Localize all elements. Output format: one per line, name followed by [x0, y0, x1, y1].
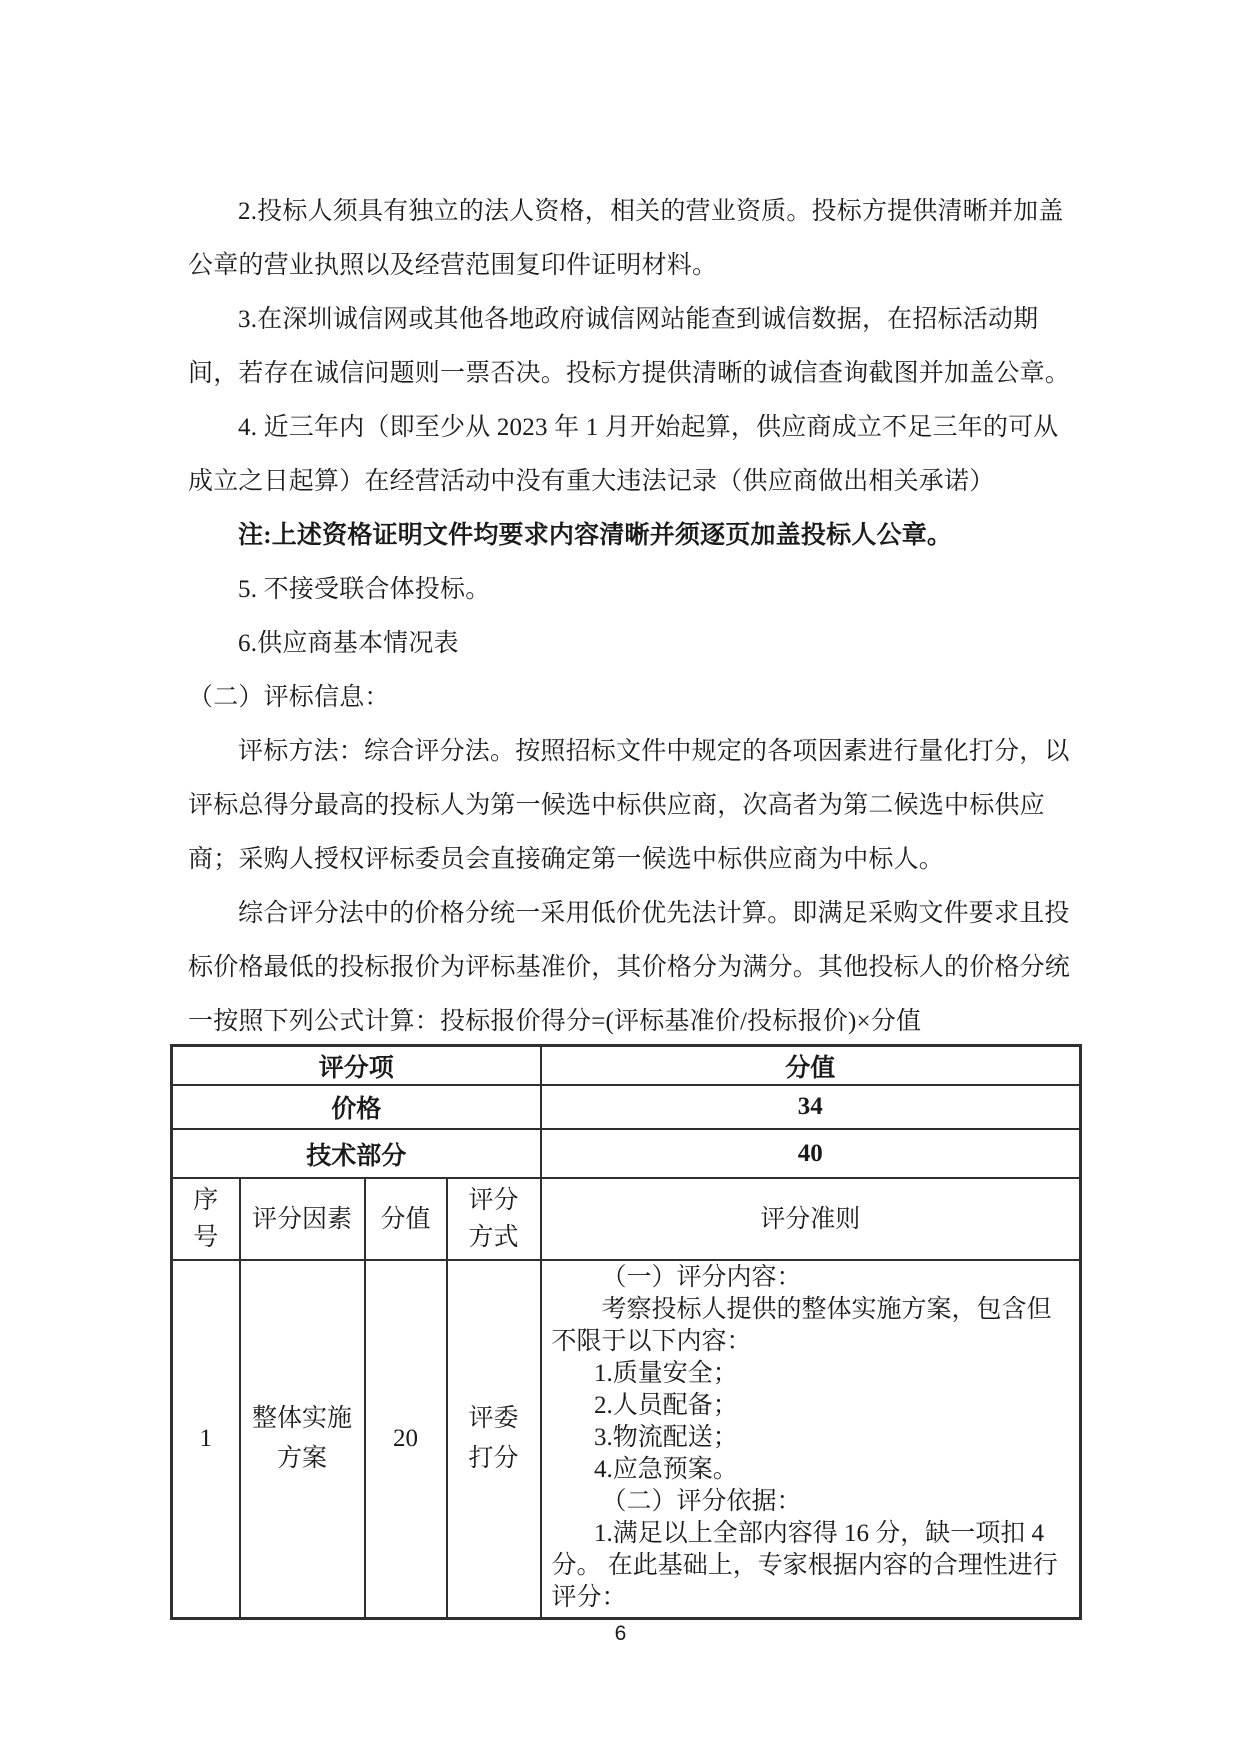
row1-criteria-line: 3.物流配送；	[552, 1422, 1070, 1454]
row1-method-cell: 评委打分	[447, 1260, 541, 1619]
paragraph-line: 标价格最低的投标报价为评标基准价，其价格分为满分。其他投标人的价格分统	[188, 941, 1059, 995]
row1-criteria-line: 考察投标人提供的整体实施方案，包含但	[552, 1294, 1070, 1326]
scoring-table: 评分项 分值 价格 34 技术部分 40 序号 评分因素 分值 评分方式 评分准…	[170, 1044, 1082, 1620]
header-no-line: 号	[173, 1219, 239, 1256]
paragraph-line: 间，若存在诚信问题则一票否决。投标方提供清晰的诚信查询截图并加盖公章。	[188, 347, 1059, 401]
row1-criteria-cell: （一）评分内容：考察投标人提供的整体实施方案，包含但不限于以下内容：1.质量安全…	[541, 1260, 1081, 1619]
header-method-cell: 评分方式	[447, 1178, 541, 1260]
header-method-line: 评分	[448, 1182, 540, 1219]
row1-factor-line: 整体实施	[241, 1399, 364, 1439]
page-number: 6	[0, 1622, 1241, 1646]
row1-criteria-line: 1.质量安全；	[552, 1358, 1070, 1390]
row1-method-line: 评委	[448, 1399, 540, 1439]
table-row-price: 价格 34	[172, 1085, 1081, 1129]
document-page: 2.投标人须具有独立的法人资格，相关的营业资质。投标方提供清晰并加盖公章的营业执…	[0, 0, 1241, 1754]
header-method-line: 方式	[448, 1219, 540, 1256]
paragraph-line: （二）评标信息：	[188, 671, 1059, 725]
body-paragraphs: 2.投标人须具有独立的法人资格，相关的营业资质。投标方提供清晰并加盖公章的营业执…	[188, 185, 1059, 1049]
row1-criteria-line: 4.应急预案。	[552, 1454, 1070, 1486]
row1-criteria-line: （一）评分内容：	[552, 1262, 1070, 1294]
header-criteria-cell: 评分准则	[541, 1178, 1081, 1260]
paragraph-line: 2.投标人须具有独立的法人资格，相关的营业资质。投标方提供清晰并加盖	[188, 185, 1059, 239]
row1-criteria-line: 不限于以下内容：	[552, 1326, 1070, 1358]
technical-value-cell: 40	[541, 1129, 1081, 1178]
page-content: 2.投标人须具有独立的法人资格，相关的营业资质。投标方提供清晰并加盖公章的营业执…	[188, 185, 1059, 1620]
row1-factor-cell: 整体实施方案	[240, 1260, 365, 1619]
paragraph-line: 5. 不接受联合体投标。	[188, 563, 1059, 617]
paragraph-line: 6.供应商基本情况表	[188, 617, 1059, 671]
table-row-detail-header: 序号 评分因素 分值 评分方式 评分准则	[172, 1178, 1081, 1260]
paragraph-line: 4. 近三年内（即至少从 2023 年 1 月开始起算，供应商成立不足三年的可从	[188, 401, 1059, 455]
summary-value-header-cell: 分值	[541, 1046, 1081, 1086]
row1-criteria-line: 分。 在此基础上，专家根据内容的合理性进行	[552, 1550, 1070, 1582]
paragraph-line: 商；采购人授权评标委员会直接确定第一候选中标供应商为中标人。	[188, 833, 1059, 887]
header-no-cell: 序号	[172, 1178, 240, 1260]
summary-item-header-cell: 评分项	[172, 1046, 541, 1086]
header-no-line: 序	[173, 1182, 239, 1219]
row1-score-cell: 20	[365, 1260, 447, 1619]
header-factor-cell: 评分因素	[240, 1178, 365, 1260]
row1-criteria-line: 2.人员配备；	[552, 1390, 1070, 1422]
paragraph-line: 注:上述资格证明文件均要求内容清晰并须逐页加盖投标人公章。	[188, 509, 1059, 563]
row1-criteria-line: 1.满足以上全部内容得 16 分，缺一项扣 4	[552, 1518, 1070, 1550]
table-row-summary-header: 评分项 分值	[172, 1046, 1081, 1086]
header-score-cell: 分值	[365, 1178, 447, 1260]
table-row-technical: 技术部分 40	[172, 1129, 1081, 1178]
row1-criteria-line: （二）评分依据：	[552, 1486, 1070, 1518]
row1-factor-line: 方案	[241, 1439, 364, 1479]
paragraph-line: 评标总得分最高的投标人为第一候选中标供应商，次高者为第二候选中标供应	[188, 779, 1059, 833]
row1-method-line: 打分	[448, 1439, 540, 1479]
paragraph-line: 公章的营业执照以及经营范围复印件证明材料。	[188, 239, 1059, 293]
technical-item-cell: 技术部分	[172, 1129, 541, 1178]
paragraph-line: 成立之日起算）在经营活动中没有重大违法记录（供应商做出相关承诺）	[188, 455, 1059, 509]
paragraph-line: 3.在深圳诚信网或其他各地政府诚信网站能查到诚信数据，在招标活动期	[188, 293, 1059, 347]
row1-criteria-line: 评分：	[552, 1582, 1070, 1614]
price-item-cell: 价格	[172, 1085, 541, 1129]
paragraph-line: 综合评分法中的价格分统一采用低价优先法计算。即满足采购文件要求且投	[188, 887, 1059, 941]
paragraph-line: 一按照下列公式计算：投标报价得分=(评标基准价/投标报价)×分值	[188, 995, 1059, 1049]
table-row-item-1: 1 整体实施方案 20 评委打分 （一）评分内容：考察投标人提供的整体实施方案，…	[172, 1260, 1081, 1619]
price-value-cell: 34	[541, 1085, 1081, 1129]
paragraph-line: 评标方法：综合评分法。按照招标文件中规定的各项因素进行量化打分，以	[188, 725, 1059, 779]
row1-no-cell: 1	[172, 1260, 240, 1619]
